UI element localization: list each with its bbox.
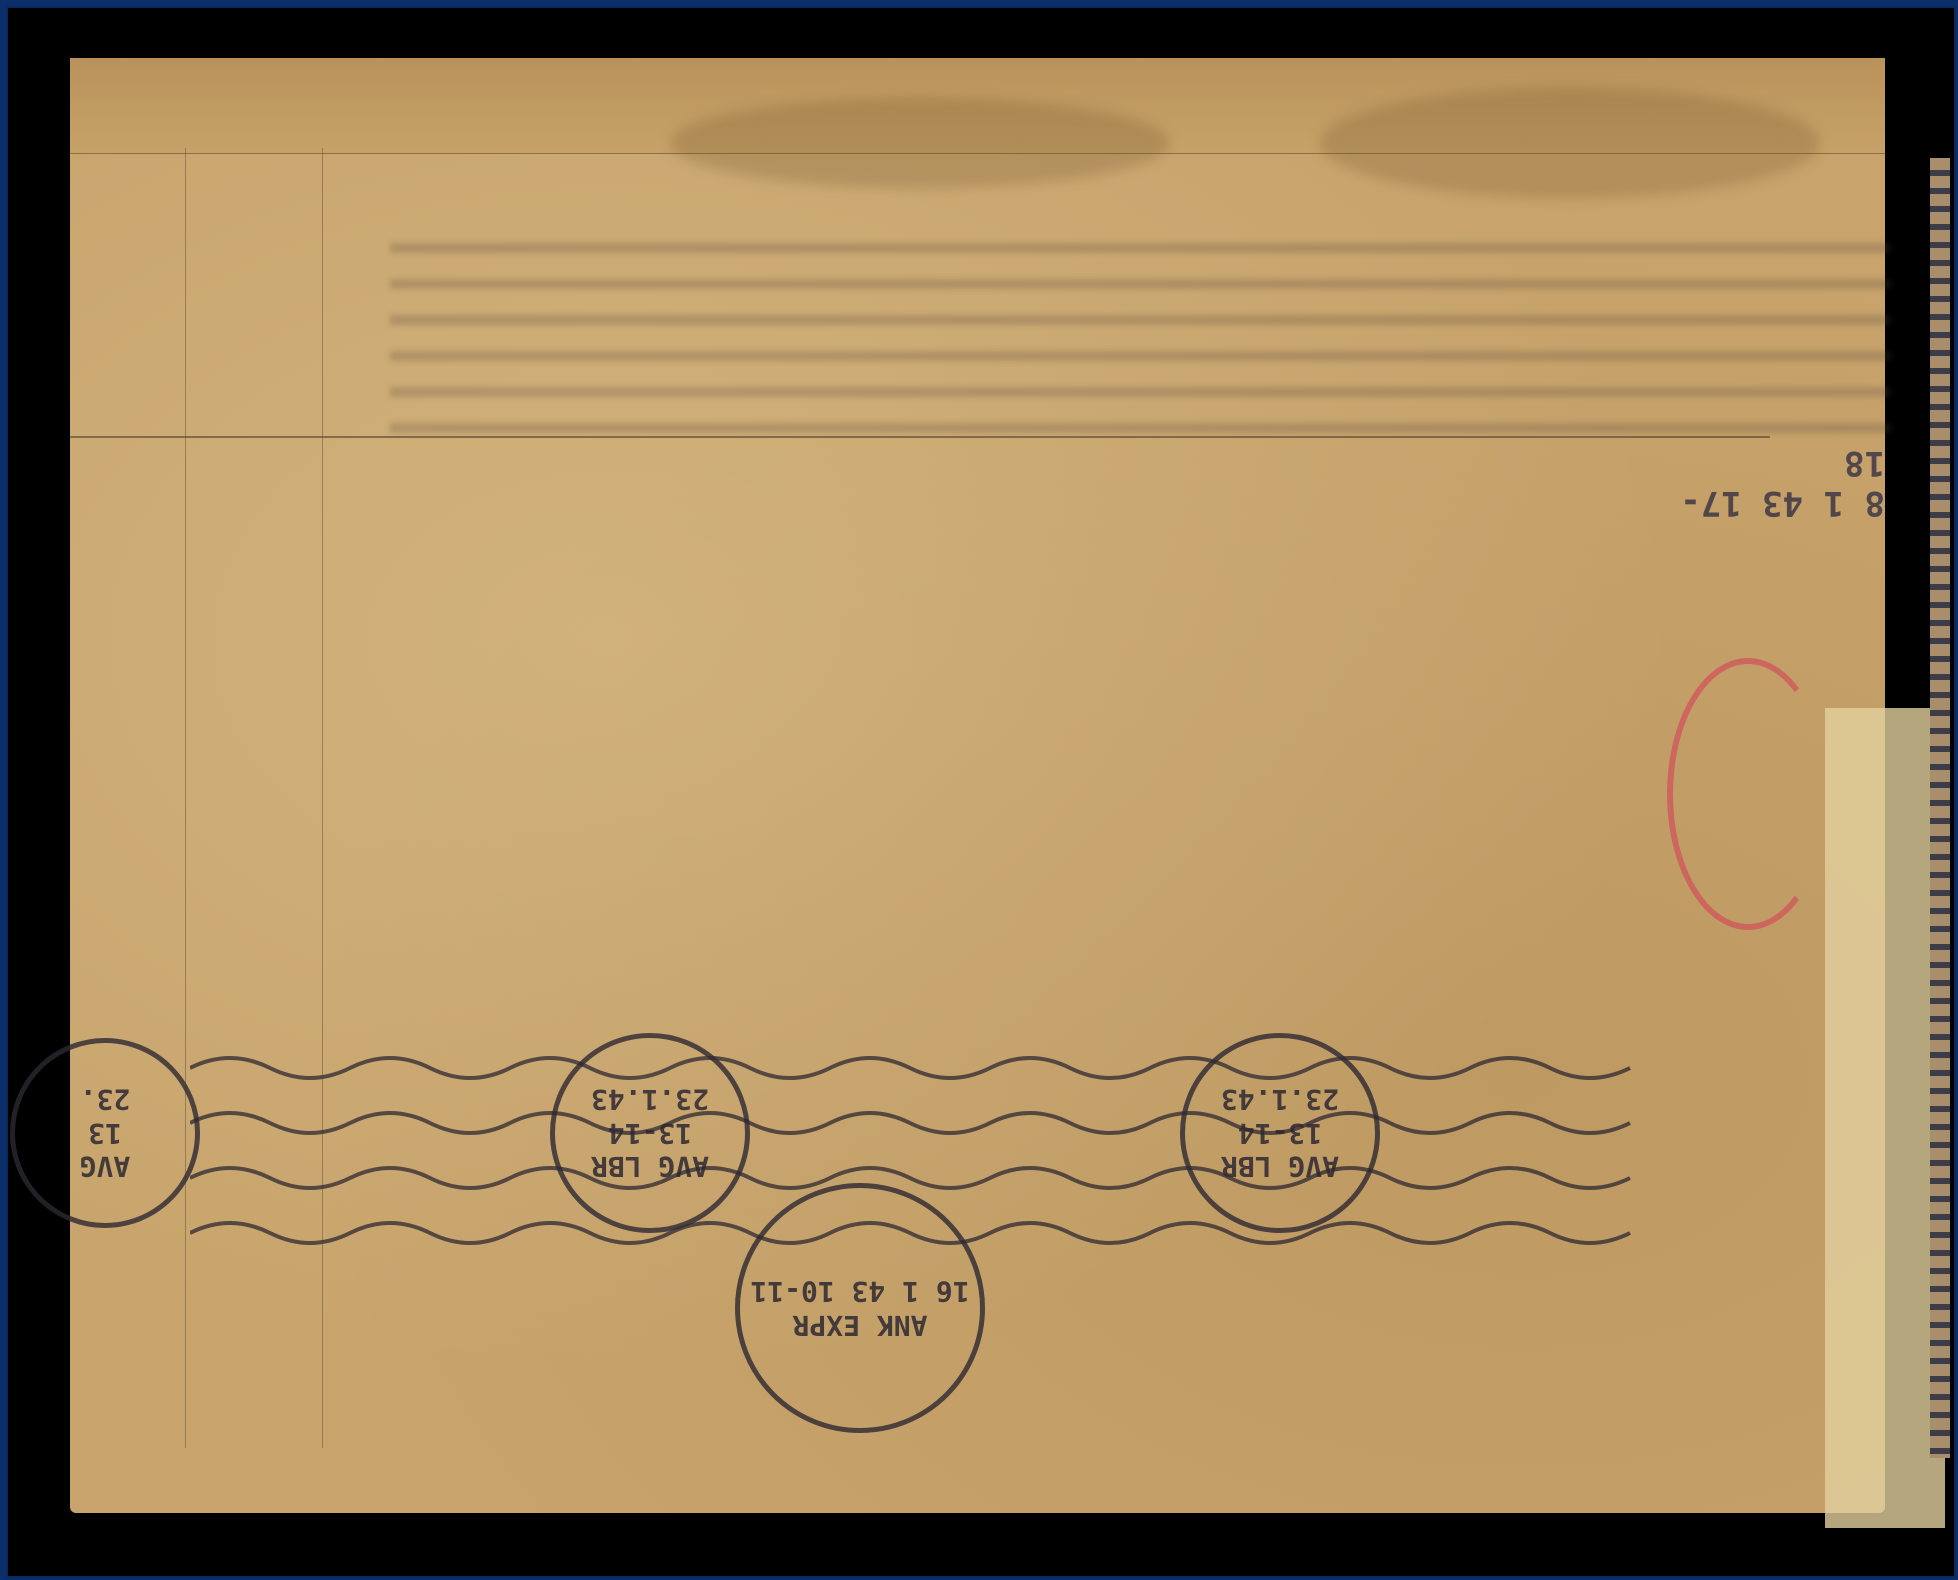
printed-band bbox=[390, 243, 1890, 443]
stain bbox=[670, 98, 1170, 188]
transit-cancel: 8 1 43 17-18 bbox=[1680, 443, 1885, 523]
torn-edge bbox=[1930, 158, 1950, 1458]
machine-cancel-left: AVG 13 23. bbox=[10, 1038, 200, 1228]
envelope-back: 8 1 43 17-18 AVG 13 23. AVG LBR 13-14 23… bbox=[70, 58, 1885, 1513]
fold-line bbox=[185, 148, 186, 1448]
wavy-cancel-lines bbox=[190, 1048, 1640, 1308]
hinge-tape bbox=[1825, 708, 1945, 1528]
photo-frame: 8 1 43 17-18 AVG 13 23. AVG LBR 13-14 23… bbox=[6, 6, 1956, 1578]
red-censor-mark bbox=[1667, 658, 1829, 930]
flap-edge bbox=[70, 436, 1770, 438]
stain bbox=[1320, 88, 1820, 198]
